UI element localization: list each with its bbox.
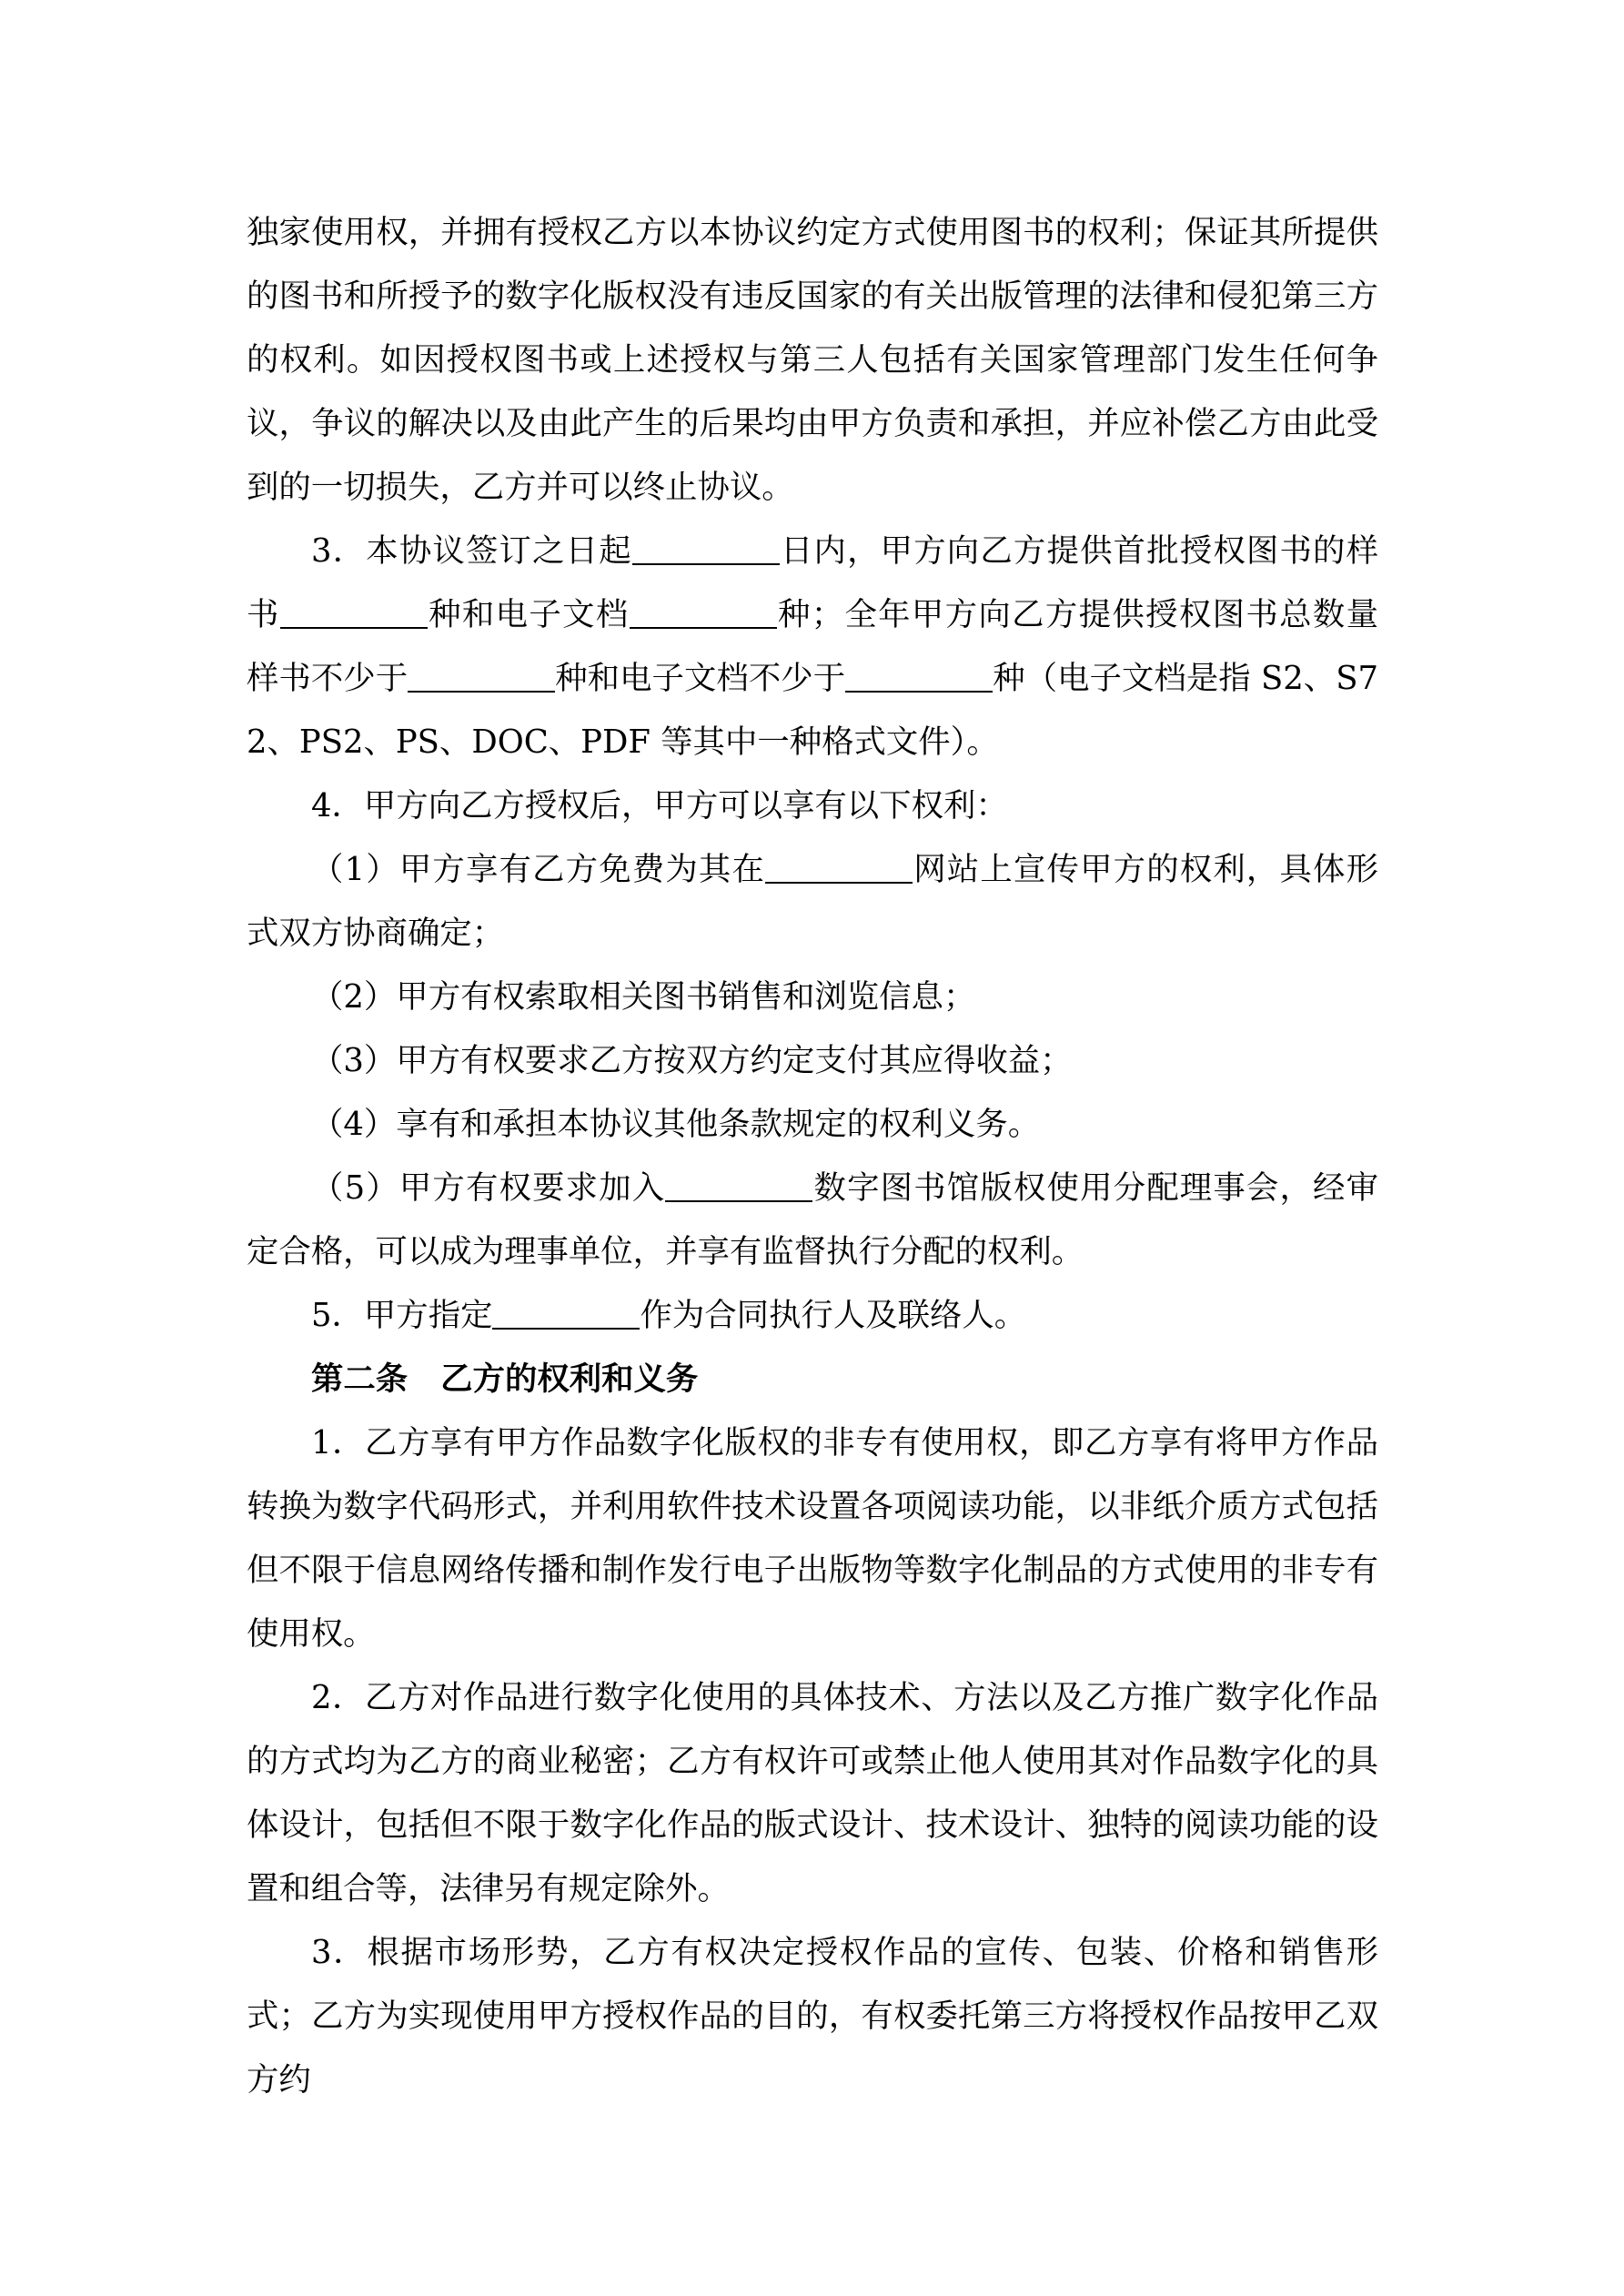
blank-contact-person-field[interactable] xyxy=(492,1327,640,1330)
clause-5-text-2: 作为合同执行人及联络人。 xyxy=(640,1297,1026,1334)
article-2-item-1: 1．乙方享有甲方作品数字化版权的非专有使用权，即乙方享有将甲方作品转换为数字代码… xyxy=(247,1411,1378,1666)
blank-days-field[interactable] xyxy=(632,562,780,565)
clause-4-item-1: （1）甲方享有乙方免费为其在网站上宣传甲方的权利，具体形式双方协商确定； xyxy=(247,838,1378,966)
clause-5-text-1: 5．甲方指定 xyxy=(311,1297,492,1334)
clause-4-item-3: （3）甲方有权要求乙方按双方约定支付其应得收益； xyxy=(247,1029,1378,1093)
clause-4-item-4: （4）享有和承担本协议其他条款规定的权利义务。 xyxy=(247,1093,1378,1157)
blank-website-field[interactable] xyxy=(765,881,913,884)
article-2-heading: 第二条乙方的权利和义务 xyxy=(247,1348,1378,1411)
clause-4-intro: 4．甲方向乙方授权后，甲方可以享有以下权利： xyxy=(247,774,1378,838)
article-2-item-3: 3．根据市场形势，乙方有权决定授权作品的宣传、包装、价格和销售形式；乙方为实现使… xyxy=(247,1921,1378,2112)
clause-5-contact: 5．甲方指定作为合同执行人及联络人。 xyxy=(247,1284,1378,1348)
article-2-title: 乙方的权利和义务 xyxy=(440,1360,698,1398)
clause-3-text-5: 种和电子文档不少于 xyxy=(555,660,845,697)
document-page: 独家使用权，并拥有授权乙方以本协议约定方式使用图书的权利；保证其所提供的图书和所… xyxy=(247,201,1378,2112)
clause-4-item-2: （2）甲方有权索取相关图书销售和浏览信息； xyxy=(247,966,1378,1029)
clause-3-text-1: 3．本协议签订之日起 xyxy=(311,532,632,570)
article-2-item-2: 2．乙方对作品进行数字化使用的具体技术、方法以及乙方推广数字化作品的方式均为乙方… xyxy=(247,1666,1378,1921)
clause-4-item-5: （5）甲方有权要求加入数字图书馆版权使用分配理事会，经审定合格，可以成为理事单位… xyxy=(247,1157,1378,1284)
blank-annual-ebook-field[interactable] xyxy=(845,690,993,693)
clause-4-item-1-text-a: （1）甲方享有乙方免费为其在 xyxy=(311,851,765,888)
blank-annual-sample-field[interactable] xyxy=(408,690,555,693)
article-2-number: 第二条 xyxy=(311,1360,408,1398)
blank-ebook-count-field[interactable] xyxy=(630,626,777,629)
blank-sample-count-field[interactable] xyxy=(280,626,428,629)
blank-library-field[interactable] xyxy=(665,1199,812,1202)
clause-4-item-5-text-a: （5）甲方有权要求加入 xyxy=(311,1169,665,1207)
paragraph-continuation: 独家使用权，并拥有授权乙方以本协议约定方式使用图书的权利；保证其所提供的图书和所… xyxy=(247,201,1378,520)
clause-3-text-3: 种和电子文档 xyxy=(428,596,630,633)
clause-3-sample-delivery: 3．本协议签订之日起日内，甲方向乙方提供首批授权图书的样书种和电子文档种；全年甲… xyxy=(247,520,1378,774)
